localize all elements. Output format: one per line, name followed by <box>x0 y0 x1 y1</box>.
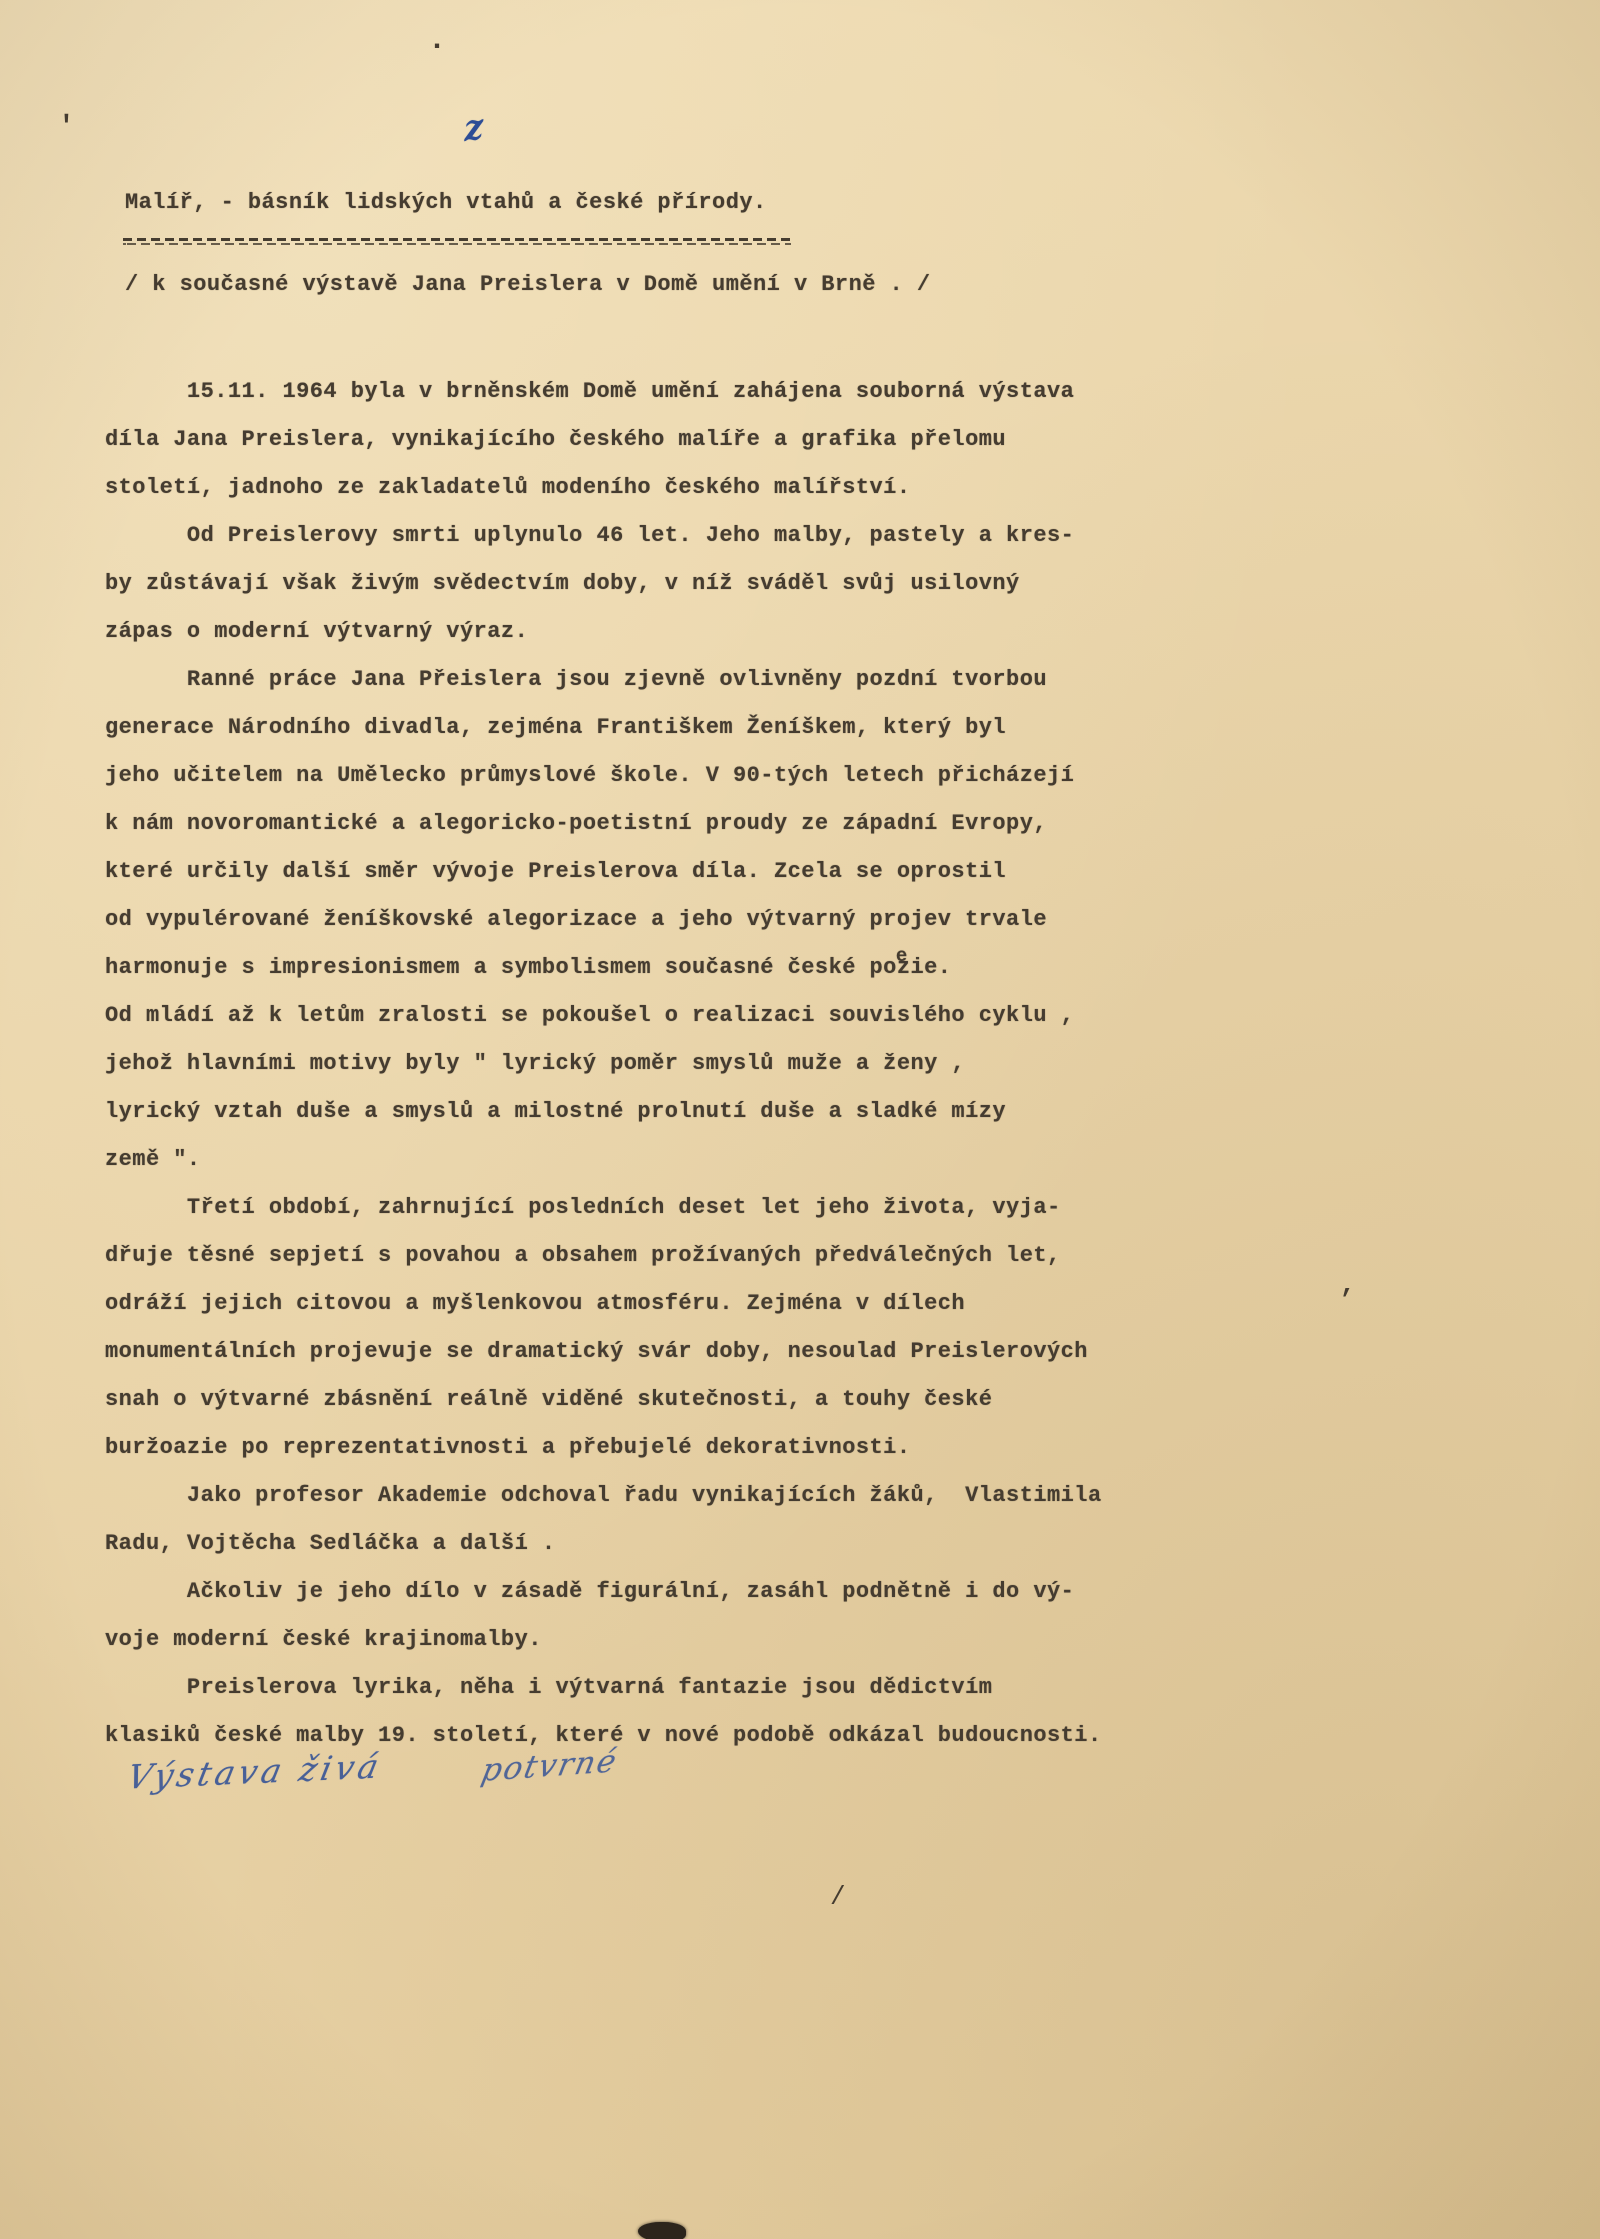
typed-line: Preislerova lyrika, něha i výtvarná fant… <box>105 1664 1102 1712</box>
typed-body: 15.11. 1964 byla v brněnském Domě umění … <box>105 368 1102 1760</box>
typed-line: Ranné práce Jana Přeislera jsou zjevně o… <box>105 656 1102 704</box>
typed-line: harmonuje s impresionismem a symbolismem… <box>105 944 1102 992</box>
typed-line: jeho učitelem na Umělecko průmyslové ško… <box>105 752 1102 800</box>
stray-tick-mark: ' <box>58 112 75 143</box>
subtitle: / k současné výstavě Jana Preislera v Do… <box>125 272 930 297</box>
handwritten-insert-z: z <box>464 106 484 151</box>
typed-line: snah o výtvarné zbásnění reálně viděné s… <box>105 1376 1102 1424</box>
typed-line: monumentálních projevuje se dramatický s… <box>105 1328 1102 1376</box>
typed-line: zápas o moderní výtvarný výraz. <box>105 608 1102 656</box>
typed-line: 15.11. 1964 byla v brněnském Domě umění … <box>105 368 1102 416</box>
typed-line: by zůstávají však živým svědectvím doby,… <box>105 560 1102 608</box>
stray-slash-mark: / <box>830 1882 846 1912</box>
stray-dot-mark: . <box>428 24 446 58</box>
typed-line: Jako profesor Akademie odchoval řadu vyn… <box>105 1472 1102 1520</box>
typed-line: Radu, Vojtěcha Sedláčka a další . <box>105 1520 1102 1568</box>
typed-line: země ". <box>105 1136 1102 1184</box>
typed-line: Od mládí až k letům zralosti se pokoušel… <box>105 992 1102 1040</box>
typed-line: dřuje těsné sepjetí s povahou a obsahem … <box>105 1232 1102 1280</box>
typed-line: století, jadnoho ze zakladatelů modeního… <box>105 464 1102 512</box>
typed-superscript-correction: e <box>896 932 907 980</box>
typed-line: Třetí období, zahrnující posledních dese… <box>105 1184 1102 1232</box>
typed-line: k nám novoromantické a alegoricko-poetis… <box>105 800 1102 848</box>
typed-line: Od Preislerovy smrti uplynulo 46 let. Je… <box>105 512 1102 560</box>
typed-line: voje moderní české krajinomalby. <box>105 1616 1102 1664</box>
typed-line: díla Jana Preislera, vynikajícího českéh… <box>105 416 1102 464</box>
title-underline <box>123 238 791 245</box>
typescript-page: { "page": { "paper_color": "#e8d2a6", "i… <box>0 0 1600 2239</box>
typed-line: buržoazie po reprezentativnosti a přebuj… <box>105 1424 1102 1472</box>
typed-line: jehož hlavními motivy byly " lyrický pom… <box>105 1040 1102 1088</box>
page-title: Malíř, - básník lidských vtahů a české p… <box>125 190 767 215</box>
stray-comma-mark: , <box>1340 1270 1356 1300</box>
typed-line: od vypulérované ženíškovské alegorizace … <box>105 896 1102 944</box>
typed-line: generace Národního divadla, zejména Fran… <box>105 704 1102 752</box>
typed-line: lyrický vztah duše a smyslů a milostné p… <box>105 1088 1102 1136</box>
typed-line: odráží jejich citovou a myšlenkovou atmo… <box>105 1280 1102 1328</box>
ink-blob <box>638 2222 686 2239</box>
typed-line: Ačkoliv je jeho dílo v zásadě figurální,… <box>105 1568 1102 1616</box>
typed-line: které určily další směr vývoje Preislero… <box>105 848 1102 896</box>
